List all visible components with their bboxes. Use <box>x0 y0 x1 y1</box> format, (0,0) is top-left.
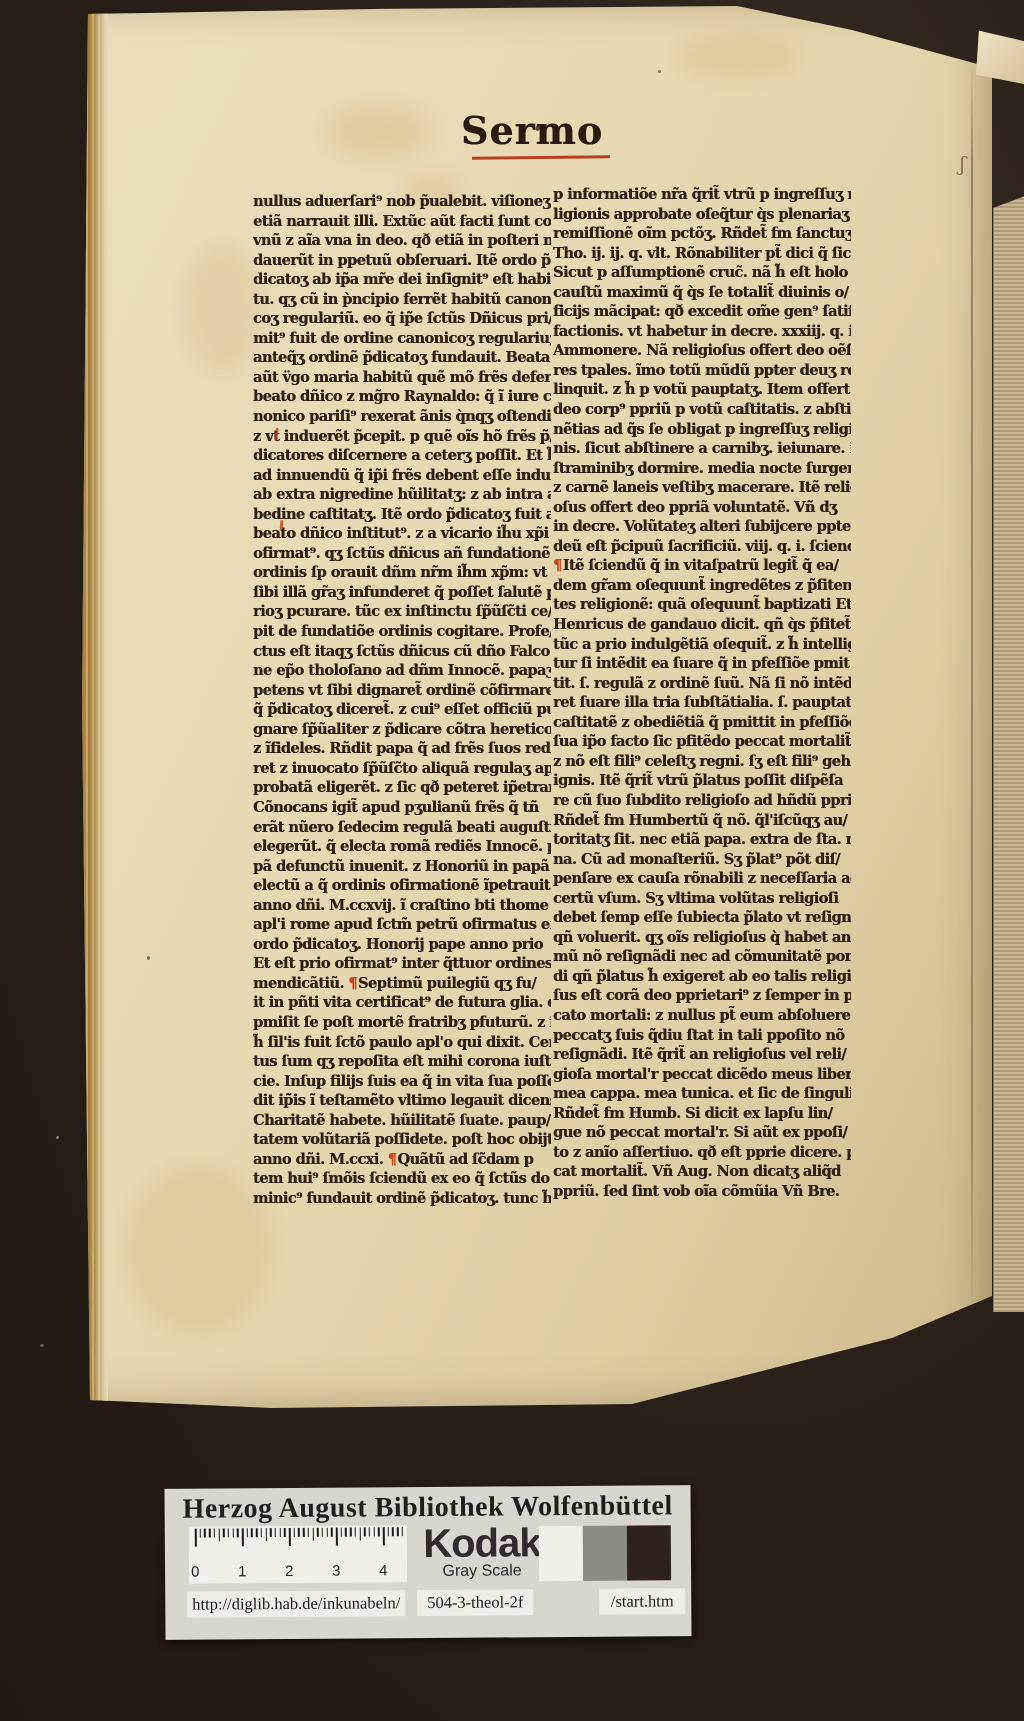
text-line: nis. ſicut abſtinere a carnibʒ. ieiunare… <box>553 439 851 459</box>
ruler-tick <box>214 1528 216 1537</box>
text-line: ret ſuare illa tria ſubſtãtialia. ſ. pau… <box>553 693 851 713</box>
ruler-tick <box>392 1527 394 1536</box>
text-line: ordo p̃dicatoʒ. Honorij pape anno prio <box>253 935 551 955</box>
text-line: z nõ eſt fili⁹ celeſtʒ regni. ſʒ eſt fil… <box>553 752 851 772</box>
text-line: beato dñico inſtitut⁹. z a vicario ih̃u … <box>253 524 551 544</box>
ruler-tick <box>275 1528 277 1537</box>
text-line: tes religionẽ: quã oſequunt̃ baptizati E… <box>553 595 851 615</box>
text-line: nẽtias ad q̃s ſe obligat p ingreſſuʒ rel… <box>553 420 851 440</box>
text-line: penſare ex cauſa rõnabili z neceſſaria a… <box>553 869 851 889</box>
text-line: cat mortalit̃. Vñ Aug. Non dicatʒ aliq̃d <box>553 1162 851 1182</box>
text-line: caſtitatẽ z obediẽtiã q̃ pmittit in pfeſ… <box>553 713 851 733</box>
text-line: ret z inuocato ſp̃ũſc̃to aliquã regulaʒ … <box>253 759 551 779</box>
kodak-wordmark: Kodak <box>412 1522 552 1565</box>
ruler-tick <box>397 1527 399 1536</box>
text-line: beato dñico z mg̃ro Raynaldo: q̃ ĩ iure … <box>253 387 551 407</box>
text-line: gnare ſp̃ũaliter z p̃dicare cõtra hereti… <box>253 720 551 740</box>
text-line: anno dñi. M.ccxvij. ĩ craſtino bti thome <box>253 896 551 916</box>
ruler-number: 0 <box>191 1564 199 1581</box>
paper-stain <box>182 244 262 374</box>
text-line: elegerũt. q̃ electa romã rediẽs Innocẽ. … <box>253 837 551 857</box>
text-line: reſignãdi. Itẽ q̃rit̃ an religioſus vel … <box>553 1045 851 1065</box>
text-line: ignis. Itẽ q̃rit̃ vtrũ p̃latus poſſit di… <box>553 771 851 791</box>
text-line: Rñdet̃ fm Humbertũ q̃ nõ. q̃l'iſcũqʒ au/ <box>553 811 851 831</box>
text-line: gue nõ peccat mortal'r. Si aũt ex ppoſi/ <box>553 1123 851 1143</box>
ruler-tick <box>369 1527 371 1536</box>
text-line: apl'i rome apud ſctm̃ petrũ ofirmatus eſ… <box>253 915 551 935</box>
text-line: ſibi illã gr̃aʒ infunderet q̃ poſſet ſal… <box>253 583 551 603</box>
text-line: peccatʒ ſuis q̃diu ſtat in tali ppoſito … <box>553 1026 851 1046</box>
text-line: electũ a q̃ ordinis ofirmationẽ ĩpetraui… <box>253 876 551 896</box>
text-line: qñ voluerit. qʒ oĩs religioſus q̀ habet … <box>553 928 851 948</box>
ruler-tick <box>199 1529 201 1538</box>
text-line: h̃ ſil'is fuit ſctõ paulo apl'o qui dixi… <box>253 1033 551 1053</box>
text-line: Ammonere. Nã religioſus offert deo oẽſ <box>553 341 851 361</box>
ruler-tick <box>284 1528 286 1537</box>
text-line: z carnẽ laneis veſtibʒ macerare. Itẽ rel… <box>553 478 851 498</box>
text-line: nullus aduerſari⁹ nob p̃ualebit. viſione… <box>253 192 551 212</box>
text-line: erãt nũero ſedecim regulã beati auguſtin… <box>253 818 551 838</box>
ruler-number: 1 <box>238 1563 246 1580</box>
text-line: nonico pariſi⁹ rexerat ãnis q̀nqʒ oſtend… <box>253 407 551 427</box>
rubric-pilcrow: ¶ <box>388 1151 397 1168</box>
text-line: ficijs mãcipat: qð excedit om̃e gen⁹ ſat… <box>553 302 851 322</box>
text-line: ne ep̃o tholoſano ad dñm Innocẽ. papaʒ <box>253 661 551 681</box>
text-line: ſua ip̃o facto ſic pfitẽdo peccat mortal… <box>553 732 851 752</box>
dust-speck <box>40 1344 44 1347</box>
ruler-tick <box>308 1528 310 1537</box>
ruler-tick <box>204 1529 206 1538</box>
text-line: Rñdet̃ fm Humb. Si dicit ex lapſu lin/ <box>553 1104 851 1124</box>
ruler-tick <box>364 1527 366 1536</box>
text-line: bedine caſtitatʒ. Itẽ ordo p̃dicatoʒ fui… <box>253 505 551 525</box>
text-line: z vt induerẽt p̃cepit. p quẽ oĩs hõ frẽs… <box>253 427 551 447</box>
text-line: remiſſionẽ oĩm pctõʒ. Rñdet̃ fm ſanctuʒ <box>553 224 851 244</box>
text-line: pmiſit ſe poſt mortẽ fratribʒ pfuturũ. z… <box>253 1013 551 1033</box>
text-line: tit. ſ. regulã z ordinẽ ſuũ. Nã ſi nõ in… <box>553 674 851 694</box>
ruler-tick <box>336 1528 338 1546</box>
left-text-column: nullus aduerſari⁹ nob p̃ualebit. viſione… <box>253 192 551 1208</box>
ruler-tick <box>303 1528 305 1537</box>
text-line: toritatʒ ſit. nec etiã papa. extra de ſt… <box>553 830 851 850</box>
text-line: coʒ regulariũ. eo q̃ ip̃e ſctũs Dñicus p… <box>253 309 551 329</box>
ruler-tick <box>251 1528 253 1537</box>
grayscale-patch <box>539 1526 583 1581</box>
label-url-base: http://diglib.hab.de/inkunabeln/ <box>187 1590 405 1618</box>
text-line: Charitatẽ habete. hũilitatẽ ſuate. paup/ <box>253 1111 551 1131</box>
text-line: oſus offert deo ppriã voluntatẽ. Vñ dʒ <box>553 498 851 518</box>
ruler-tick <box>383 1527 385 1545</box>
text-line: certũ vſum. Sʒ vltima volũtas religioſi <box>553 889 851 909</box>
adjacent-page-edge <box>993 196 1024 1312</box>
ruler-tick <box>232 1528 234 1537</box>
grayscale-patches <box>539 1525 671 1581</box>
ruler: 01234 <box>189 1525 407 1584</box>
text-line: dem gr̃am oſequunt̃ ingredẽtes z p̃fiten <box>553 576 851 596</box>
text-line: gioſa mortal'r peccat dicẽdo meus liber. <box>553 1065 851 1085</box>
ruler-tick <box>209 1529 211 1538</box>
text-line: q̃ p̃dicatoʒ diceret̃. z cui⁹ eſſet offi… <box>253 700 551 720</box>
text-line: deũ eſt p̃cipuũ ſacrificiũ. viij. q. i. … <box>553 537 851 557</box>
page-fore-edge <box>72 4 108 1412</box>
text-line: ofirmat⁹. qʒ ſctũs dñicus añ fundationẽ <box>253 544 551 564</box>
ruler-tick <box>373 1527 375 1536</box>
label-url-suffix: /start.htm <box>599 1588 685 1615</box>
text-line: tũc a prio indulgẽtiã oſequit̃. z h̃ int… <box>553 635 851 655</box>
ruler-tick <box>359 1527 361 1540</box>
text-line: debet ſemp eſſe ſubiecta p̃lato vt reſig… <box>553 908 851 928</box>
text-line: probatã eligerẽt. z ſic qð peteret ip̃et… <box>253 778 551 798</box>
text-line: tu. qʒ cũ in p̀ncipio ferrẽt habitũ cano… <box>253 290 551 310</box>
ruler-tick <box>387 1527 389 1536</box>
text-line: cauſtũ maximũ q̃ q̀s ſe totalit̃ diuinis… <box>553 283 851 303</box>
text-line: ſtraminibʒ dormire. media nocte ſurgere. <box>553 459 851 479</box>
paper-stain <box>672 34 802 79</box>
text-line: Henricus de gandauo dicit. qñ q̀s p̃fite… <box>553 615 851 635</box>
kodak-grayscale-block: Kodak Gray Scale <box>412 1522 552 1581</box>
text-line: mũ nõ reſignãdi nec ad cõmunitatẽ ponẽ <box>553 947 851 967</box>
text-line: tur ſi intẽdit ea ſuare q̃ in pfeſſiõe p… <box>553 654 851 674</box>
text-line: cie. Inſup filijs ſuis ea q̃ in vita ſua… <box>253 1072 551 1092</box>
text-line: dicatoʒ ab ip̃a mr̃e dei inſignit⁹ eſt h… <box>253 270 551 290</box>
text-line: anno dñi. M.ccxi. ¶Quãtũ ad ſc̃dam p <box>253 1150 551 1170</box>
ruler-tick <box>218 1528 220 1541</box>
ruler-tick <box>223 1528 225 1537</box>
ruler-number: 3 <box>332 1563 340 1580</box>
ruler-tick <box>228 1528 230 1537</box>
text-line: ligionis approbate oſeq̃tur q̀s plenaria… <box>553 205 851 225</box>
ruler-tick <box>317 1528 319 1537</box>
running-title-text: Sermo <box>461 108 603 153</box>
ruler-tick <box>265 1528 267 1541</box>
text-line: factionis. vt habetur in decre. xxxiij. … <box>553 322 851 342</box>
text-line: Sicut p aſſumptionẽ cruc̃. nã h̃ eſt hol… <box>553 263 851 283</box>
page-crease <box>971 66 973 1322</box>
text-line: res tpales. ĩmo totũ mũdũ ppter deuʒ re <box>553 361 851 381</box>
photo-background: Sermo nullus aduerſari⁹ nob p̃ualebit. v… <box>0 0 1024 1721</box>
text-line: rioʒ pcurare. tũc ex inſtinctu ſp̃ũſc̃ti… <box>253 602 551 622</box>
text-line: ctus eſt itaqʒ ſctũs dñicus cũ dño Falco <box>253 642 551 662</box>
ink-speck <box>658 70 661 73</box>
ruler-tick <box>340 1528 342 1537</box>
text-line: mendicãtiũ. ¶Septimũ puilegiũ qʒ fu/ <box>253 974 551 994</box>
ruler-tick <box>195 1529 197 1547</box>
text-line: di qñ p̃latus h̃ exigeret ab eo talis re… <box>553 967 851 987</box>
ruler-tick <box>270 1528 272 1537</box>
text-line: z ĩfideles. Rñdit papa q̃ ad frẽs ſuos r… <box>253 739 551 759</box>
text-line: re cũ ſuo ſubdito religioſo ad hñdũ ppri… <box>553 791 851 811</box>
ruler-tick <box>289 1528 291 1546</box>
text-line: dit ip̃is ĩ teſtamẽto vltimo legauit dic… <box>253 1091 551 1111</box>
ruler-tick <box>350 1528 352 1537</box>
text-line: anteq̃ʒ ordinẽ p̃dicatoʒ fundauit. Beata <box>253 348 551 368</box>
ruler-tick <box>298 1528 300 1537</box>
text-line: Et eſt prio ofirmat⁹ inter q̃ttuor ordin… <box>253 954 551 974</box>
ruler-tick <box>279 1528 281 1537</box>
text-line: etiã narrauit illi. Extũc aũt facti ſunt… <box>253 212 551 232</box>
text-line: tus ſum qʒ repoſita eſt mihi corona iuſt… <box>253 1052 551 1072</box>
right-text-column: p informatiõe nr̃a q̃rit̃ vtrũ p ingreſſ… <box>553 185 851 1201</box>
paper-stain <box>122 1164 272 1334</box>
text-line: minic⁹ fundauit ordinẽ p̃dicatoʒ. tunc h… <box>253 1189 551 1209</box>
text-line: it in pñti vita certificat⁹ de futura gl… <box>253 993 551 1013</box>
ink-squiggle: ʃ <box>958 152 967 177</box>
text-line: vnũ z aĩa vna in deo. qð etiã in poſteri… <box>253 231 551 251</box>
text-line: tatem volũtariã poſſidete. poſt hoc obij… <box>253 1130 551 1150</box>
running-title: Sermo <box>72 108 992 153</box>
text-line: pã defunctũ inuenit. z Honoriũ in papã <box>253 857 551 877</box>
ruler-tick <box>322 1528 324 1537</box>
rubric-underline <box>472 155 610 159</box>
book-page: Sermo nullus aduerſari⁹ nob p̃ualebit. v… <box>72 4 992 1412</box>
text-line: ppriũ. ſed ſint vob oĩa cõmũia Vñ Bre. <box>553 1182 851 1202</box>
ruler-tick <box>256 1528 258 1537</box>
text-line: to z anĩo aſſertiuo. qð eſt pprie dicere… <box>553 1143 851 1163</box>
ruler-tick <box>378 1527 380 1536</box>
ruler-tick <box>261 1528 263 1537</box>
ruler-tick <box>293 1528 295 1537</box>
ruler-tick <box>345 1528 347 1537</box>
ruler-number: 4 <box>379 1562 387 1579</box>
library-label: Herzog August Bibliothek Wolfenbüttel 01… <box>164 1485 691 1640</box>
text-line: linquit. z h̃ p votũ pauptatʒ. Item offe… <box>553 380 851 400</box>
text-line: Tho. ij. ij. q. vlt. Rõnabiliter pt̃ dic… <box>553 244 851 264</box>
text-line: petens vt ſibi dignaret̃ ordinẽ cõfirmar… <box>253 681 551 701</box>
text-line: in decre. Volũtateʒ alteri ſubijcere ppt… <box>553 517 851 537</box>
text-line: tem hui⁹ ſmõis ſciendũ ex eo q̃ ſctũs do <box>253 1169 551 1189</box>
label-shelfmark: 504-3-theol-2f <box>417 1589 533 1616</box>
text-line: pit de fundatiõe ordinis cogitare. Profe… <box>253 622 551 642</box>
ruler-tick <box>402 1527 404 1536</box>
ruler-tick <box>355 1528 357 1537</box>
ruler-tick <box>246 1528 248 1537</box>
ruler-tick <box>331 1528 333 1537</box>
text-line: dauerũt in ppetuũ obſeruari. Itẽ ordo p̃ <box>253 251 551 271</box>
grayscale-patch <box>583 1526 627 1581</box>
ruler-tick <box>312 1528 314 1541</box>
text-line: ad innuendũ q̃ ip̃i frẽs debent eſſe ind… <box>253 466 551 486</box>
text-line: ſus eſt corã deo pprietari⁹ z ſemper in … <box>553 986 851 1006</box>
library-name: Herzog August Bibliothek Wolfenbüttel <box>165 1490 691 1526</box>
dust-speck <box>56 1136 59 1139</box>
text-line: cato mortali: z nullus pt̃ eum abſoluere… <box>553 1006 851 1026</box>
text-line: mit⁹ fuit de ordine canonicoʒ regulariuʒ <box>253 329 551 349</box>
dust-speck <box>147 956 150 960</box>
rubric-pilcrow: ¶ <box>553 557 562 574</box>
text-line: aũt v̈go maria habitũ quẽ mõ frẽs deferũ… <box>253 368 551 388</box>
ruler-tick <box>242 1528 244 1546</box>
text-line: ¶Itẽ ſciendũ q̃ in vitaſpatrũ legit̃ q̃ … <box>553 556 851 576</box>
text-line: mea cappa. mea tunica. et ſic de ſinguli… <box>553 1084 851 1104</box>
text-line: Cõnocans igit̃ apud pʒulianũ frẽs q̃ tñ <box>253 798 551 818</box>
text-line: p informatiõe nr̃a q̃rit̃ vtrũ p ingreſſ… <box>553 185 851 205</box>
ruler-tick <box>326 1528 328 1537</box>
grayscale-patch <box>627 1525 671 1580</box>
ruler-number: 2 <box>285 1563 293 1580</box>
text-line: na. Cũ ad monaſteriũ. Sʒ p̃lat⁹ põt diſ/ <box>553 850 851 870</box>
text-line: dicatores diſcernere a ceterʒ poſſit. Et… <box>253 446 551 466</box>
text-line: ordinis ſp orauit dñm nr̃m ih̃m xp̃m: vt <box>253 563 551 583</box>
rubric-pilcrow: ¶ <box>348 975 357 992</box>
ruler-tick <box>237 1528 239 1537</box>
curled-page-corner <box>976 26 1024 84</box>
text-line: ab extra nigredine hũilitatʒ: z ab intra… <box>253 485 551 505</box>
text-line: deo corp⁹ ppriũ p votũ caſtitatis. z abſ… <box>553 400 851 420</box>
